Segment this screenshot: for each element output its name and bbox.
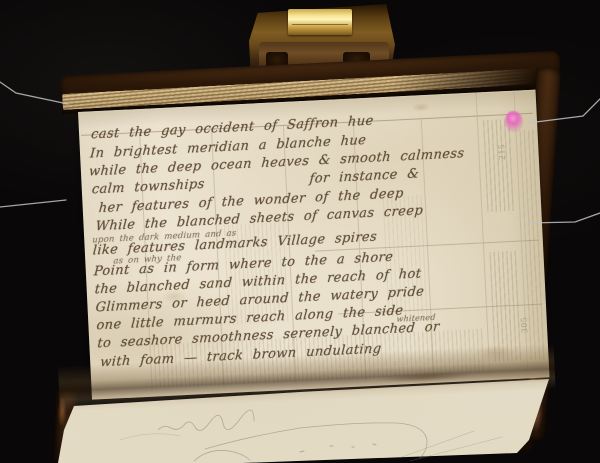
pink-mark <box>505 111 523 132</box>
handwritten-line: for instance & <box>309 166 420 186</box>
mount-wire <box>0 200 66 207</box>
brass-clasp-plate <box>288 9 352 35</box>
mount-wire <box>0 82 68 104</box>
photograph-of-open-sketchbook: 215 305 cast the gay occident of Saffron… <box>0 0 600 463</box>
handwritten-line: calm townships <box>91 177 205 198</box>
